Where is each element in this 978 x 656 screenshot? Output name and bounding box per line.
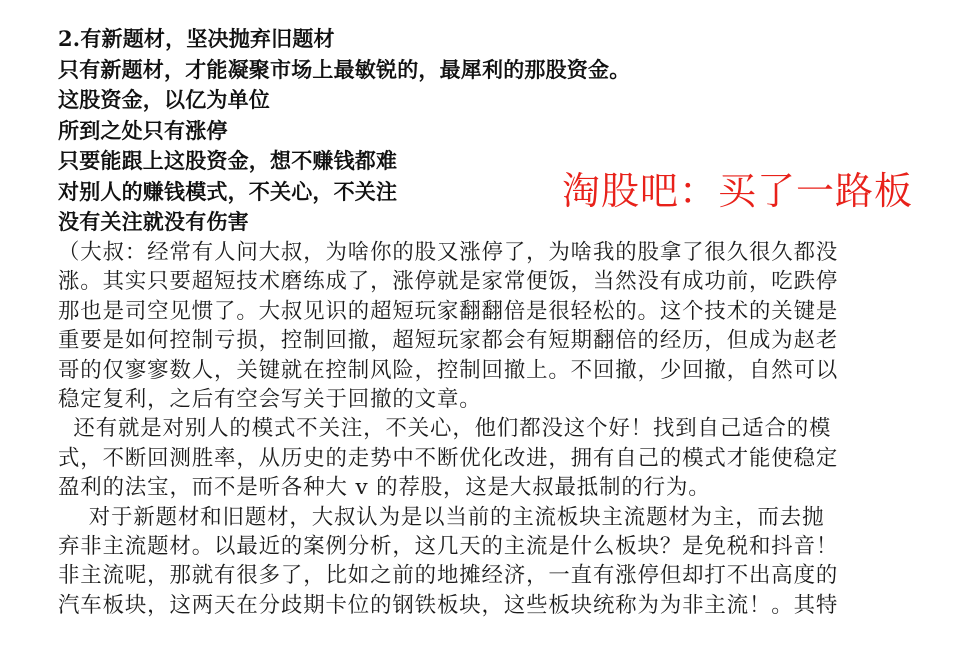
section-title: 2.有新题材，坚决抛弃旧题材 — [58, 24, 630, 55]
body-text: （大叔：经常有人问大叔，为啥你的股又涨停了，为啥我的股拿了很久很久都没 涨。其实… — [58, 238, 893, 620]
heading-line: 所到之处只有涨停 — [58, 116, 630, 147]
heading-line: 这股资金，以亿为单位 — [58, 85, 630, 116]
paragraph-line: 非主流呢，那就有很多了，比如之前的地摊经济，一直有涨停但却打不出高度的 — [58, 561, 893, 590]
paragraph-line: 涨。其实只要超短技术磨练成了，涨停就是家常便饭，当然没有成功前，吃跌停 — [58, 267, 893, 296]
paragraph-line: 那也是司空见惯了。大叔见识的超短玩家翻翻倍是很轻松的。这个技术的关键是 — [58, 297, 893, 326]
heading-line: 没有关注就没有伤害 — [58, 207, 630, 238]
paragraph-line: 哥的仅寥寥数人，关键就在控制风险，控制回撤上。不回撤，少回撤，自然可以 — [58, 356, 893, 385]
watermark-label: 淘股吧：买了一路板 — [562, 160, 913, 215]
heading-line: 只要能跟上这股资金，想不赚钱都难 — [58, 146, 630, 177]
heading-line: 只有新题材，才能凝聚市场上最敏锐的，最犀利的那股资金。 — [58, 55, 630, 86]
paragraph-line: 还有就是对别人的模式不关注，不关心，他们都没这个好！找到自己适合的模 — [58, 414, 893, 443]
document-page: 2.有新题材，坚决抛弃旧题材 只有新题材，才能凝聚市场上最敏锐的，最犀利的那股资… — [0, 0, 978, 656]
heading-block: 2.有新题材，坚决抛弃旧题材 只有新题材，才能凝聚市场上最敏锐的，最犀利的那股资… — [58, 24, 630, 238]
paragraph-line: 稳定复利，之后有空会写关于回撤的文章。 — [58, 385, 893, 414]
paragraph-line: 式，不断回测胜率，从历史的走势中不断优化改进，拥有自己的模式才能使稳定 — [58, 444, 893, 473]
paragraph-line: （大叔：经常有人问大叔，为啥你的股又涨停了，为啥我的股拿了很久很久都没 — [58, 238, 893, 267]
paragraph-line: 汽车板块，这两天在分歧期卡位的钢铁板块，这些板块统称为为非主流！。其特 — [58, 591, 893, 620]
paragraph-line: 重要是如何控制亏损，控制回撤，超短玩家都会有短期翻倍的经历，但成为赵老 — [58, 326, 893, 355]
paragraph-line: 弃非主流题材。以最近的案例分析，这几天的主流是什么板块？是免税和抖音！ — [58, 532, 893, 561]
paragraph-line: 盈利的法宝，而不是听各种大 v 的荐股，这是大叔最抵制的行为。 — [58, 473, 893, 502]
heading-line: 对别人的赚钱模式，不关心，不关注 — [58, 177, 630, 208]
paragraph-line: 对于新题材和旧题材，大叔认为是以当前的主流板块主流题材为主，而去抛 — [58, 503, 893, 532]
